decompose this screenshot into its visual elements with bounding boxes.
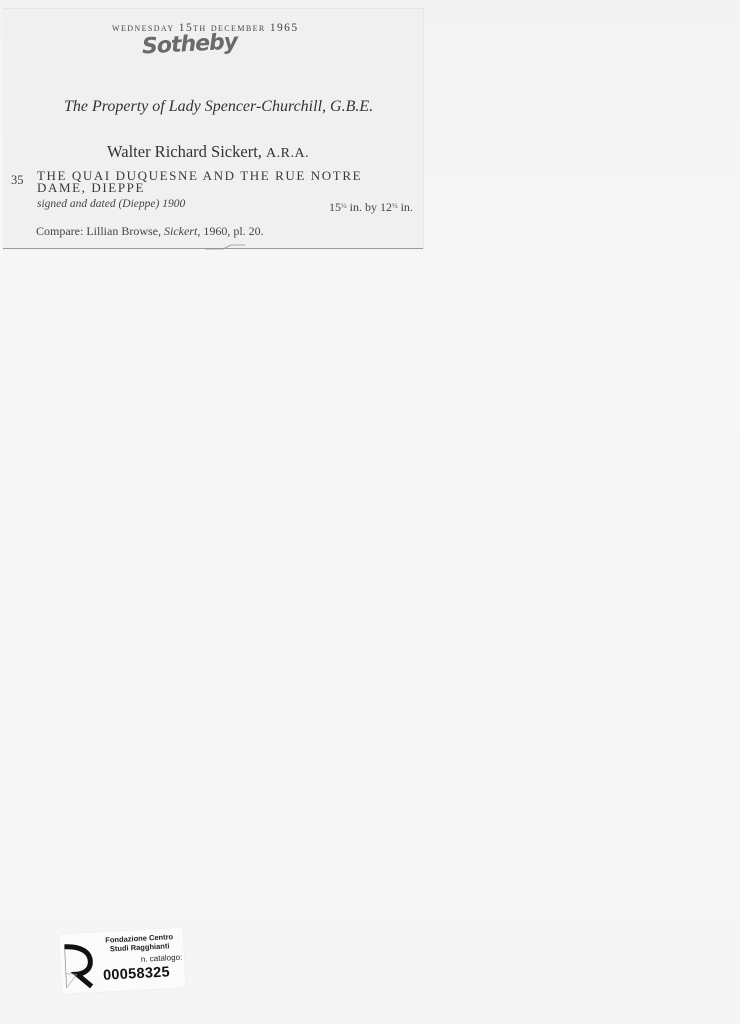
reference-title: Sickert bbox=[164, 224, 197, 238]
catalog-label: Fondazione Centro Studi Ragghianti n. ca… bbox=[59, 928, 186, 994]
handwritten-note: Sotheby bbox=[141, 30, 237, 60]
dimension-unit-2: in. bbox=[398, 200, 413, 214]
artist-honours: A.R.A. bbox=[266, 146, 309, 161]
lot-number: 35 bbox=[11, 173, 24, 188]
reference-suffix: , 1960, pl. 20. bbox=[197, 224, 263, 238]
lot-title: THE QUAI DUQUESNE AND THE RUE NOTRE DAME… bbox=[37, 170, 397, 194]
dimension-unit-1: in. by bbox=[347, 200, 380, 214]
label-organization: Fondazione Centro Studi Ragghianti bbox=[97, 932, 182, 954]
stylized-r-logo-icon bbox=[61, 942, 95, 990]
artist-line: Walter Richard Sickert, A.R.A. bbox=[107, 142, 309, 162]
catalog-number: 00058325 bbox=[103, 964, 171, 983]
catalog-caption: n. catalogo: bbox=[118, 953, 182, 965]
width-whole: 12 bbox=[380, 200, 392, 214]
paper-tear-mark bbox=[205, 244, 245, 250]
height-whole: 15 bbox=[329, 200, 341, 214]
lot-title-line-2: DAME, DIEPPE bbox=[37, 182, 397, 194]
lot-inscription: signed and dated (Dieppe) 1900 bbox=[37, 198, 185, 210]
literature-reference: Compare: Lillian Browse, Sickert, 1960, … bbox=[36, 224, 264, 239]
reference-prefix: Compare: Lillian Browse, bbox=[36, 224, 164, 238]
artist-name: Walter Richard Sickert, bbox=[107, 142, 262, 161]
lot-dimensions: 15½ in. by 12½ in. bbox=[329, 200, 413, 215]
property-line: The Property of Lady Spencer-Churchill, … bbox=[64, 98, 373, 116]
